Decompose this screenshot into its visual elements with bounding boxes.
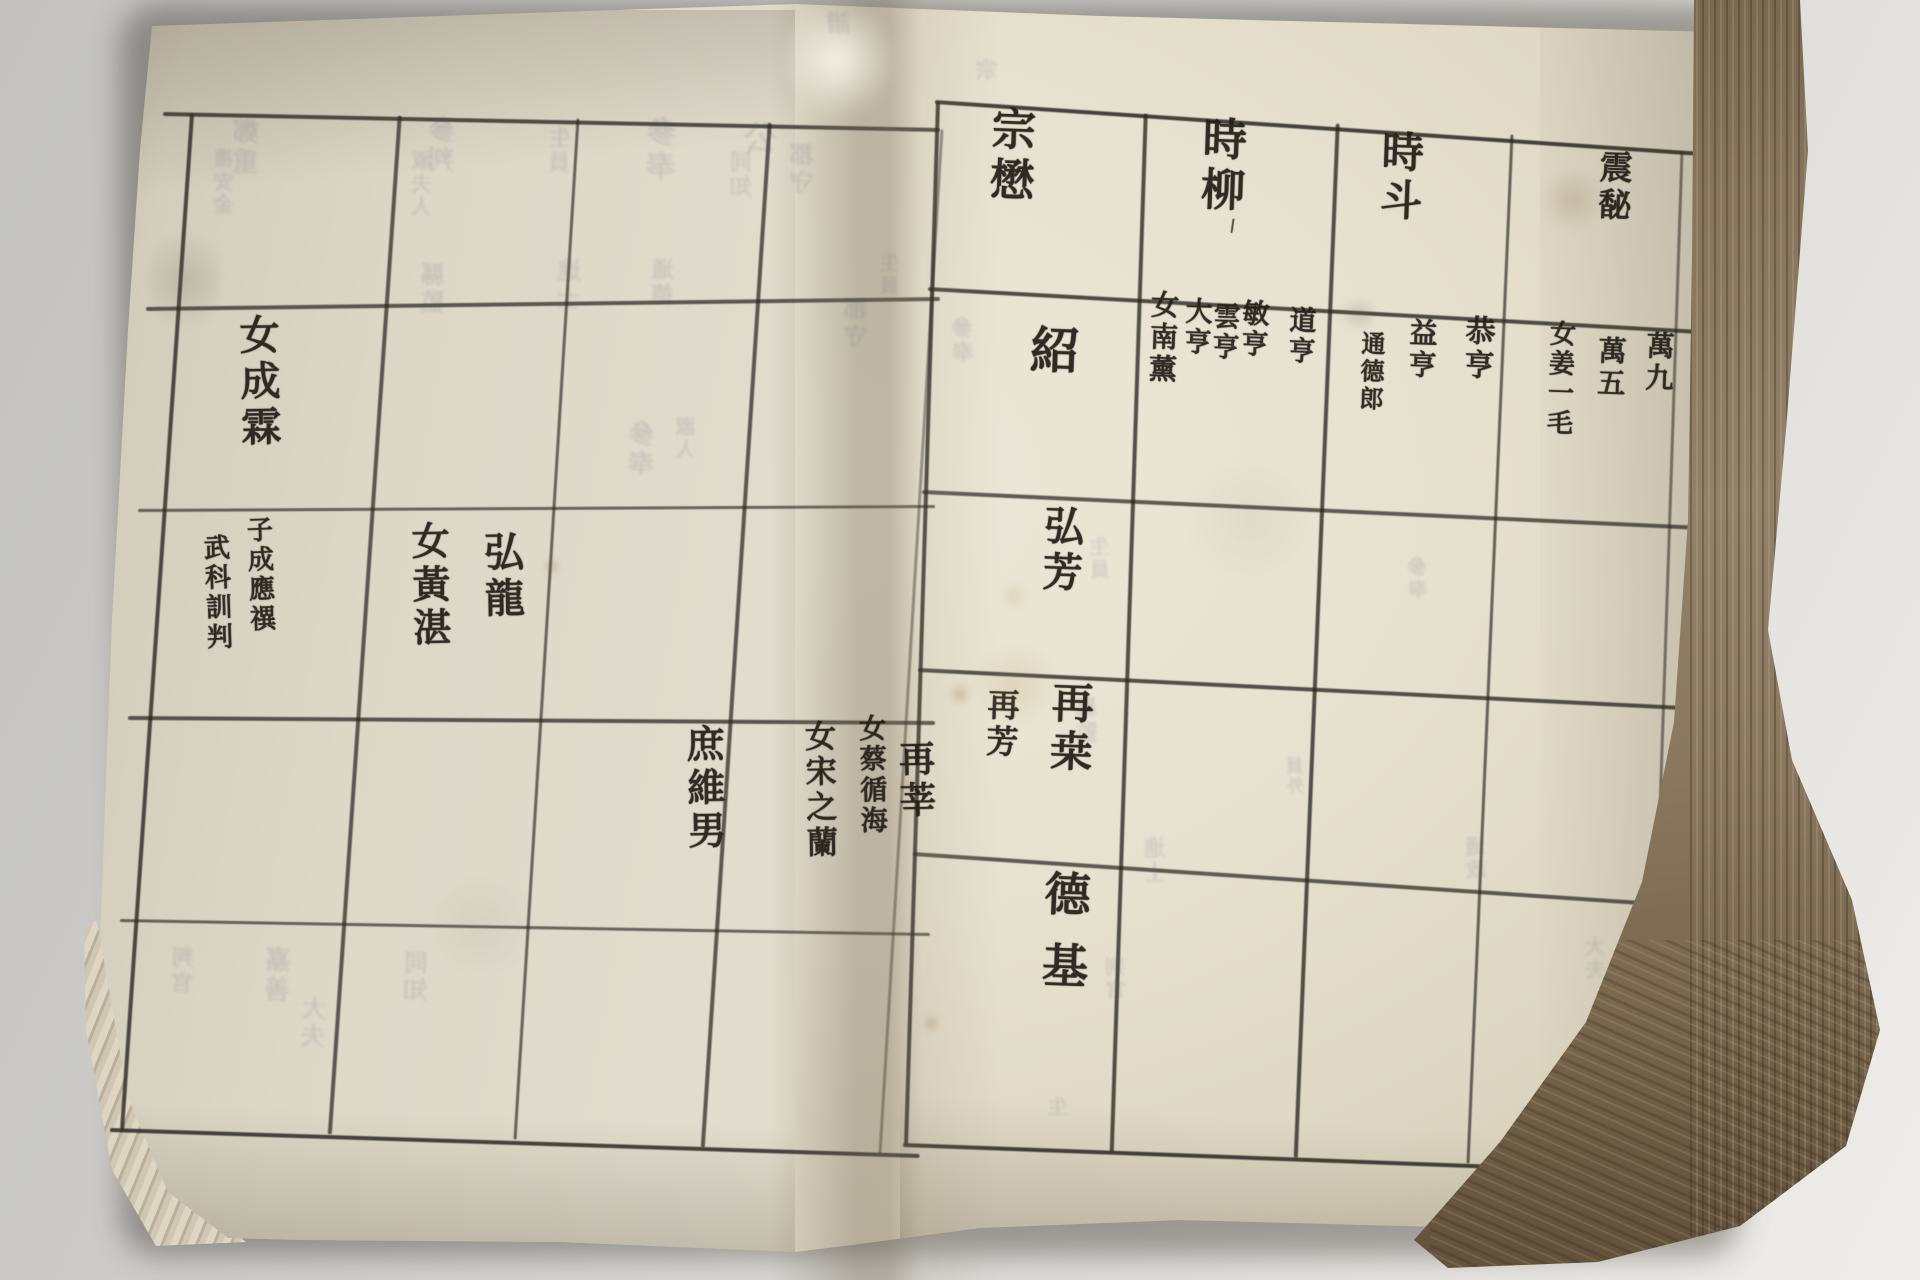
paper-stain [975, 640, 1055, 730]
photo-scene: 宗譜鄭重禮安金參判淑夫人生員參奉公郡守同知縣監進士通德郡守生員參奉淑人嘉善大夫同… [0, 0, 1920, 1280]
paper-stain [1540, 168, 1604, 232]
paper-stain [420, 880, 540, 970]
paper-stain [1180, 460, 1320, 580]
paper-stain [952, 682, 968, 706]
paper-stain [545, 560, 559, 574]
paper-stain [150, 220, 220, 340]
paper-stain [1336, 300, 1382, 328]
paper-stain [900, 778, 912, 790]
paper-stain [1000, 582, 1028, 610]
paper-stain [924, 1016, 938, 1030]
